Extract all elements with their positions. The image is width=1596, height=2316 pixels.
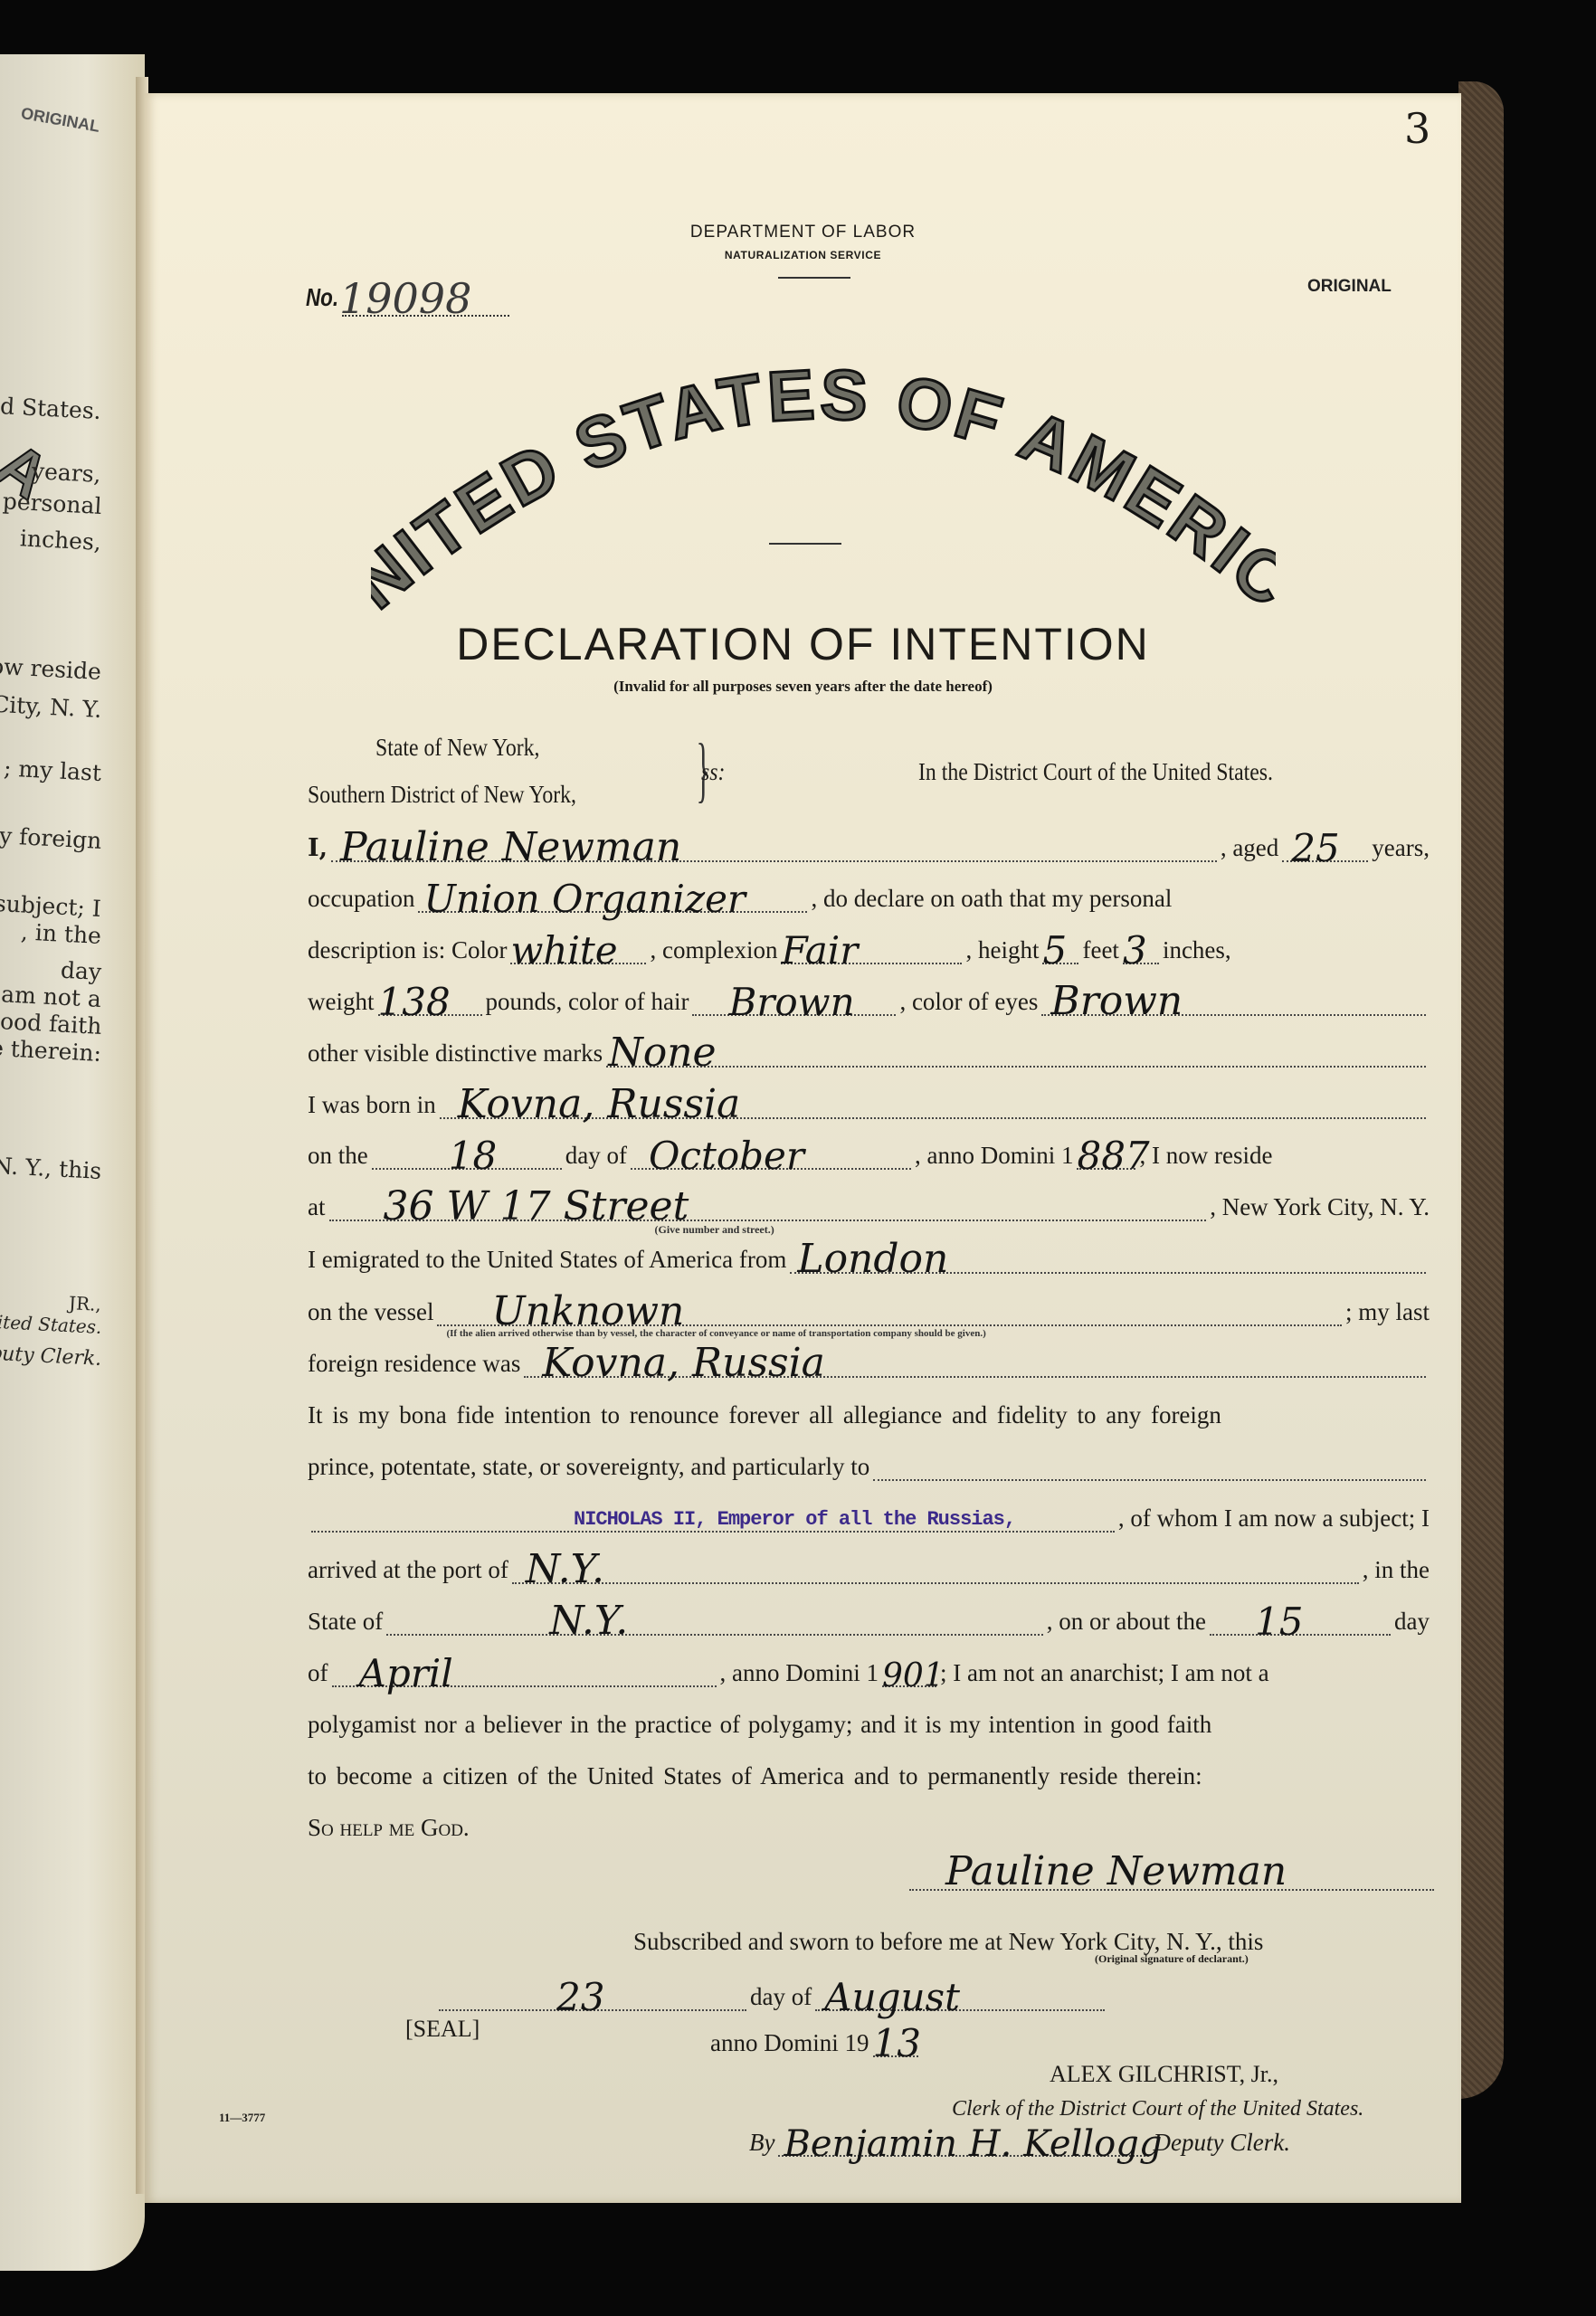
birth-year-field[interactable]: 887 — [1077, 1146, 1135, 1170]
age-value: 25 — [1291, 830, 1339, 868]
left-page-fragment: , in the — [20, 918, 101, 949]
label: ; my last — [1345, 1298, 1430, 1326]
left-page-fragment: good faith — [0, 1007, 102, 1039]
label: pounds, color of hair — [486, 988, 689, 1016]
left-page-fragment: a subject; I — [0, 889, 102, 922]
birth-day-field[interactable]: 18 — [372, 1146, 562, 1170]
deputy-signature: Benjamin H. Kellogg — [784, 2126, 1162, 2162]
label: , I now reside — [1139, 1142, 1272, 1170]
label: , of whom I am now a subject; I — [1118, 1504, 1430, 1533]
left-page-fragment: ; my last — [3, 755, 101, 786]
jurat-day-field[interactable]: 23 — [439, 1988, 746, 2011]
eye-color-field[interactable]: Brown — [1041, 992, 1426, 1016]
number-label: No. — [306, 283, 338, 312]
height-inches-field[interactable]: 3 — [1123, 941, 1159, 964]
jurat-day-value: 23 — [556, 1979, 604, 2017]
arrival-state-field[interactable]: N.Y. — [386, 1612, 1043, 1636]
last-residence-field[interactable]: Kovna, Russia — [524, 1354, 1426, 1378]
marks-field[interactable]: None — [606, 1044, 1426, 1068]
port-value: N.Y. — [526, 1550, 604, 1590]
label: , color of eyes — [899, 988, 1038, 1016]
label: , complexion — [650, 936, 777, 964]
hair-color-field[interactable]: Brown — [692, 992, 896, 1016]
jurat-month-value: August — [824, 1979, 960, 2017]
form-line-port: arrived at the port of N.Y. , in the — [308, 1548, 1430, 1584]
height-feet-value: 5 — [1042, 932, 1067, 970]
form-line-birthdate: on the 18 day of October , anno Domini 1… — [308, 1134, 1430, 1170]
jurat-text: Subscribed and sworn to before me at New… — [633, 1928, 1263, 1956]
color-field[interactable]: white — [510, 941, 646, 964]
arrival-state-value: N.Y. — [549, 1601, 628, 1641]
deputy-signature-field[interactable]: Benjamin H. Kellogg — [778, 2133, 1149, 2157]
form-number: 11—3777 — [219, 2111, 265, 2125]
arrival-year-field[interactable]: 901 — [882, 1664, 936, 1687]
birth-day-value: 18 — [449, 1137, 497, 1175]
label: on the vessel — [308, 1298, 433, 1326]
court-name: In the District Court of the United Stat… — [918, 758, 1273, 786]
validity-note: (Invalid for all purposes seven years af… — [145, 678, 1461, 696]
label: , aged — [1221, 834, 1278, 862]
svg-text:UNITED STATES OF AMERICA: UNITED STATES OF AMERICA — [371, 324, 1276, 613]
form-line-weight: weight 138 pounds, color of hair Brown ,… — [308, 980, 1430, 1016]
label: , New York City, N. Y. — [1210, 1193, 1430, 1221]
label: years, — [1372, 834, 1430, 862]
weight-value: 138 — [378, 983, 451, 1021]
vessel-field[interactable]: Unknown (If the alien arrived otherwise … — [437, 1303, 1342, 1326]
label: Deputy Clerk. — [1153, 2129, 1289, 2157]
label: By — [749, 2129, 774, 2157]
form-line-occupation: occupation Union Organizer , do declare … — [308, 877, 1430, 913]
form-line-marks: other visible distinctive marks None — [308, 1031, 1430, 1068]
birthplace-value: Kovna, Russia — [458, 1085, 741, 1125]
label: State of — [308, 1608, 383, 1636]
form-line-description: description is: Color white , complexion… — [308, 928, 1430, 964]
divider — [778, 277, 850, 279]
left-page-original-label: ORIGINAL — [20, 104, 101, 137]
arrival-month-field[interactable]: April — [332, 1664, 717, 1687]
renounce-text: It is my bona fide intention to renounce… — [308, 1401, 1221, 1429]
height-feet-field[interactable]: 5 — [1042, 941, 1078, 964]
left-page-fragment: my personal — [0, 486, 102, 519]
left-page-fragment: now reside — [0, 652, 102, 685]
label: feet — [1082, 936, 1118, 964]
declarant-signature-field[interactable]: Pauline Newman — [909, 1853, 1434, 1891]
address-field[interactable]: 36 W 17 Street (Give number and street.) — [329, 1198, 1207, 1221]
jurat-year-line: anno Domini 19 13 — [710, 2029, 922, 2057]
hair-color-value: Brown — [728, 983, 854, 1021]
label: I was born in — [308, 1091, 436, 1119]
label: , anno Domini 1 — [720, 1659, 879, 1687]
sovereign-line-1[interactable] — [873, 1457, 1426, 1481]
vessel-value: Unknown — [491, 1292, 684, 1332]
left-page-fragment: inches, — [20, 525, 102, 555]
left-page-fragment: k City, N. Y. — [0, 689, 102, 723]
form-line-renounce: It is my bona fide intention to renounce… — [308, 1393, 1430, 1429]
service-heading: NATURALIZATION SERVICE — [145, 249, 1461, 261]
address-value: 36 W 17 Street — [384, 1187, 689, 1227]
address-caption: (Give number and street.) — [655, 1223, 774, 1237]
label: foreign residence was — [308, 1350, 520, 1378]
label: arrived at the port of — [308, 1556, 508, 1584]
form-line-sovereign: NICHOLAS II, Emperor of all the Russias,… — [308, 1496, 1430, 1533]
label: day of — [750, 1983, 812, 2011]
age-field[interactable]: 25 — [1282, 839, 1368, 862]
form-line-name: I, Pauline Newman , aged 25 years, — [308, 826, 1430, 862]
jurat-year-value: 13 — [873, 2025, 921, 2063]
vessel-caption: (If the alien arrived otherwise than by … — [446, 1328, 985, 1339]
seal-label: [SEAL] — [405, 2016, 480, 2043]
last-residence-value: Kovna, Russia — [542, 1343, 825, 1383]
form-line-polygamy: polygamist nor a believer in the practic… — [308, 1703, 1430, 1739]
eye-color-value: Brown — [1050, 982, 1183, 1021]
birth-month-field[interactable]: October — [631, 1146, 911, 1170]
label: inches, — [1163, 936, 1231, 964]
label: of — [308, 1659, 328, 1687]
color-value: white — [510, 932, 617, 970]
emigrated-from-field[interactable]: London — [790, 1250, 1426, 1274]
declarant-signature: Pauline Newman — [945, 1848, 1287, 1894]
citizen-intent-text: to become a citizen of the United States… — [308, 1762, 1202, 1790]
label: ; I am not an anarchist; I am not a — [940, 1659, 1269, 1687]
form-line-arrival-date: of April , anno Domini 1 901 ; I am not … — [308, 1651, 1430, 1687]
label: at — [308, 1193, 326, 1221]
form-line-citizen: to become a citizen of the United States… — [308, 1754, 1430, 1790]
label: anno Domini 19 — [710, 2029, 869, 2057]
height-inches-value: 3 — [1123, 932, 1147, 970]
complexion-value: Fair — [781, 932, 858, 970]
declarant-name: Pauline Newman — [340, 828, 681, 868]
label: weight — [308, 988, 375, 1016]
divider — [769, 543, 841, 545]
occupation-value: Union Organizer — [423, 880, 746, 918]
ss-abbrev: ss: — [701, 758, 725, 786]
sovereign-field[interactable]: NICHOLAS II, Emperor of all the Russias, — [311, 1509, 1115, 1533]
venue-state: State of New York, — [375, 734, 540, 762]
previous-page: ORIGINAL A United States. years, my pers… — [0, 54, 145, 2271]
cloth-binding — [1458, 81, 1504, 2099]
left-page-fragment: years, — [32, 458, 102, 488]
occupation-field[interactable]: Union Organizer — [418, 889, 807, 913]
deputy-clerk-line: By Benjamin H. Kellogg Deputy Clerk. — [749, 2129, 1290, 2157]
clerk-name: ALEX GILCHRIST, Jr., — [1050, 2061, 1278, 2088]
left-page-fragment: day — [60, 957, 102, 985]
declaration-page: 3 DEPARTMENT OF LABOR NATURALIZATION SER… — [145, 93, 1461, 2203]
marks-value: None — [608, 1033, 716, 1073]
label: , in the — [1363, 1556, 1430, 1584]
form-line-birthplace: I was born in Kovna, Russia — [308, 1083, 1430, 1119]
arrival-day-field[interactable]: 15 — [1210, 1612, 1391, 1636]
original-label: ORIGINAL — [1307, 277, 1392, 297]
department-heading: DEPARTMENT OF LABOR — [145, 223, 1461, 242]
arrival-day-value: 15 — [1255, 1603, 1303, 1641]
birthplace-field[interactable]: Kovna, Russia — [440, 1096, 1426, 1119]
label: I, — [308, 834, 328, 862]
venue-district: Southern District of New York, — [308, 781, 576, 809]
label: description is: Color — [308, 936, 507, 964]
label: day of — [565, 1142, 627, 1170]
label: prince, potentate, state, or sovereignty… — [308, 1453, 869, 1481]
label: day — [1394, 1608, 1430, 1636]
jurat-year-field[interactable]: 13 — [873, 2034, 918, 2057]
complexion-field[interactable]: Fair — [781, 941, 962, 964]
form-line-arrival-state: State of N.Y. , on or about the 15 day — [308, 1599, 1430, 1636]
arched-title: UNITED STATES OF AMERICA — [371, 324, 1276, 613]
left-page-fragment: United States. — [0, 390, 102, 424]
form-line-address: at 36 W 17 Street (Give number and stree… — [308, 1185, 1430, 1221]
polygamy-text: polygamist nor a believer in the practic… — [308, 1711, 1211, 1739]
label: other visible distinctive marks — [308, 1039, 603, 1068]
left-page-fragment: JR., — [69, 1292, 102, 1315]
arched-title-text: UNITED STATES OF AMERICA — [371, 324, 1276, 613]
form-line-particularly: prince, potentate, state, or sovereignty… — [308, 1445, 1430, 1481]
form-line-oath: So help me God. — [308, 1806, 1430, 1842]
clerk-title: Clerk of the District Court of the Unite… — [952, 2097, 1363, 2121]
label: , do declare on oath that my personal — [811, 885, 1172, 913]
page-number: 3 — [1404, 104, 1430, 153]
birth-year-value: 887 — [1077, 1137, 1149, 1175]
form-line-emigrated: I emigrated to the United States of Amer… — [308, 1238, 1430, 1274]
arrival-year-value: 901 — [882, 1660, 945, 1693]
label: on the — [308, 1142, 368, 1170]
form-line-vessel: on the vessel Unknown (If the alien arri… — [308, 1290, 1430, 1326]
declaration-number: 19098 — [339, 274, 471, 323]
name-field[interactable]: Pauline Newman — [331, 839, 1217, 862]
document-title: DECLARATION OF INTENTION — [145, 618, 1461, 670]
sovereign-stamp: NICHOLAS II, Emperor of all the Russias, — [574, 1508, 1015, 1531]
left-page-fragment: puty Clerk. — [0, 1343, 102, 1371]
jurat-month-field[interactable]: August — [815, 1988, 1105, 2011]
label: occupation — [308, 885, 414, 913]
label: , on or about the — [1047, 1608, 1206, 1636]
jurat-date-line: 23 day of August — [439, 1975, 1434, 2011]
birth-month-value: October — [649, 1137, 804, 1175]
left-page-fragment: any foreign — [0, 821, 102, 854]
form-line-last-residence: foreign residence was Kovna, Russia — [308, 1342, 1430, 1378]
oath-text: So help me God. — [308, 1814, 470, 1842]
emigrated-from-value: London — [797, 1239, 948, 1279]
left-page-fragment: , N. Y., this — [0, 1152, 102, 1184]
arrival-month-value: April — [359, 1655, 453, 1693]
port-field[interactable]: N.Y. — [512, 1561, 1359, 1584]
weight-field[interactable]: 138 — [378, 992, 482, 1016]
label: I emigrated to the United States of Amer… — [308, 1246, 786, 1274]
label: , anno Domini 1 — [915, 1142, 1074, 1170]
label: , height — [965, 936, 1039, 964]
